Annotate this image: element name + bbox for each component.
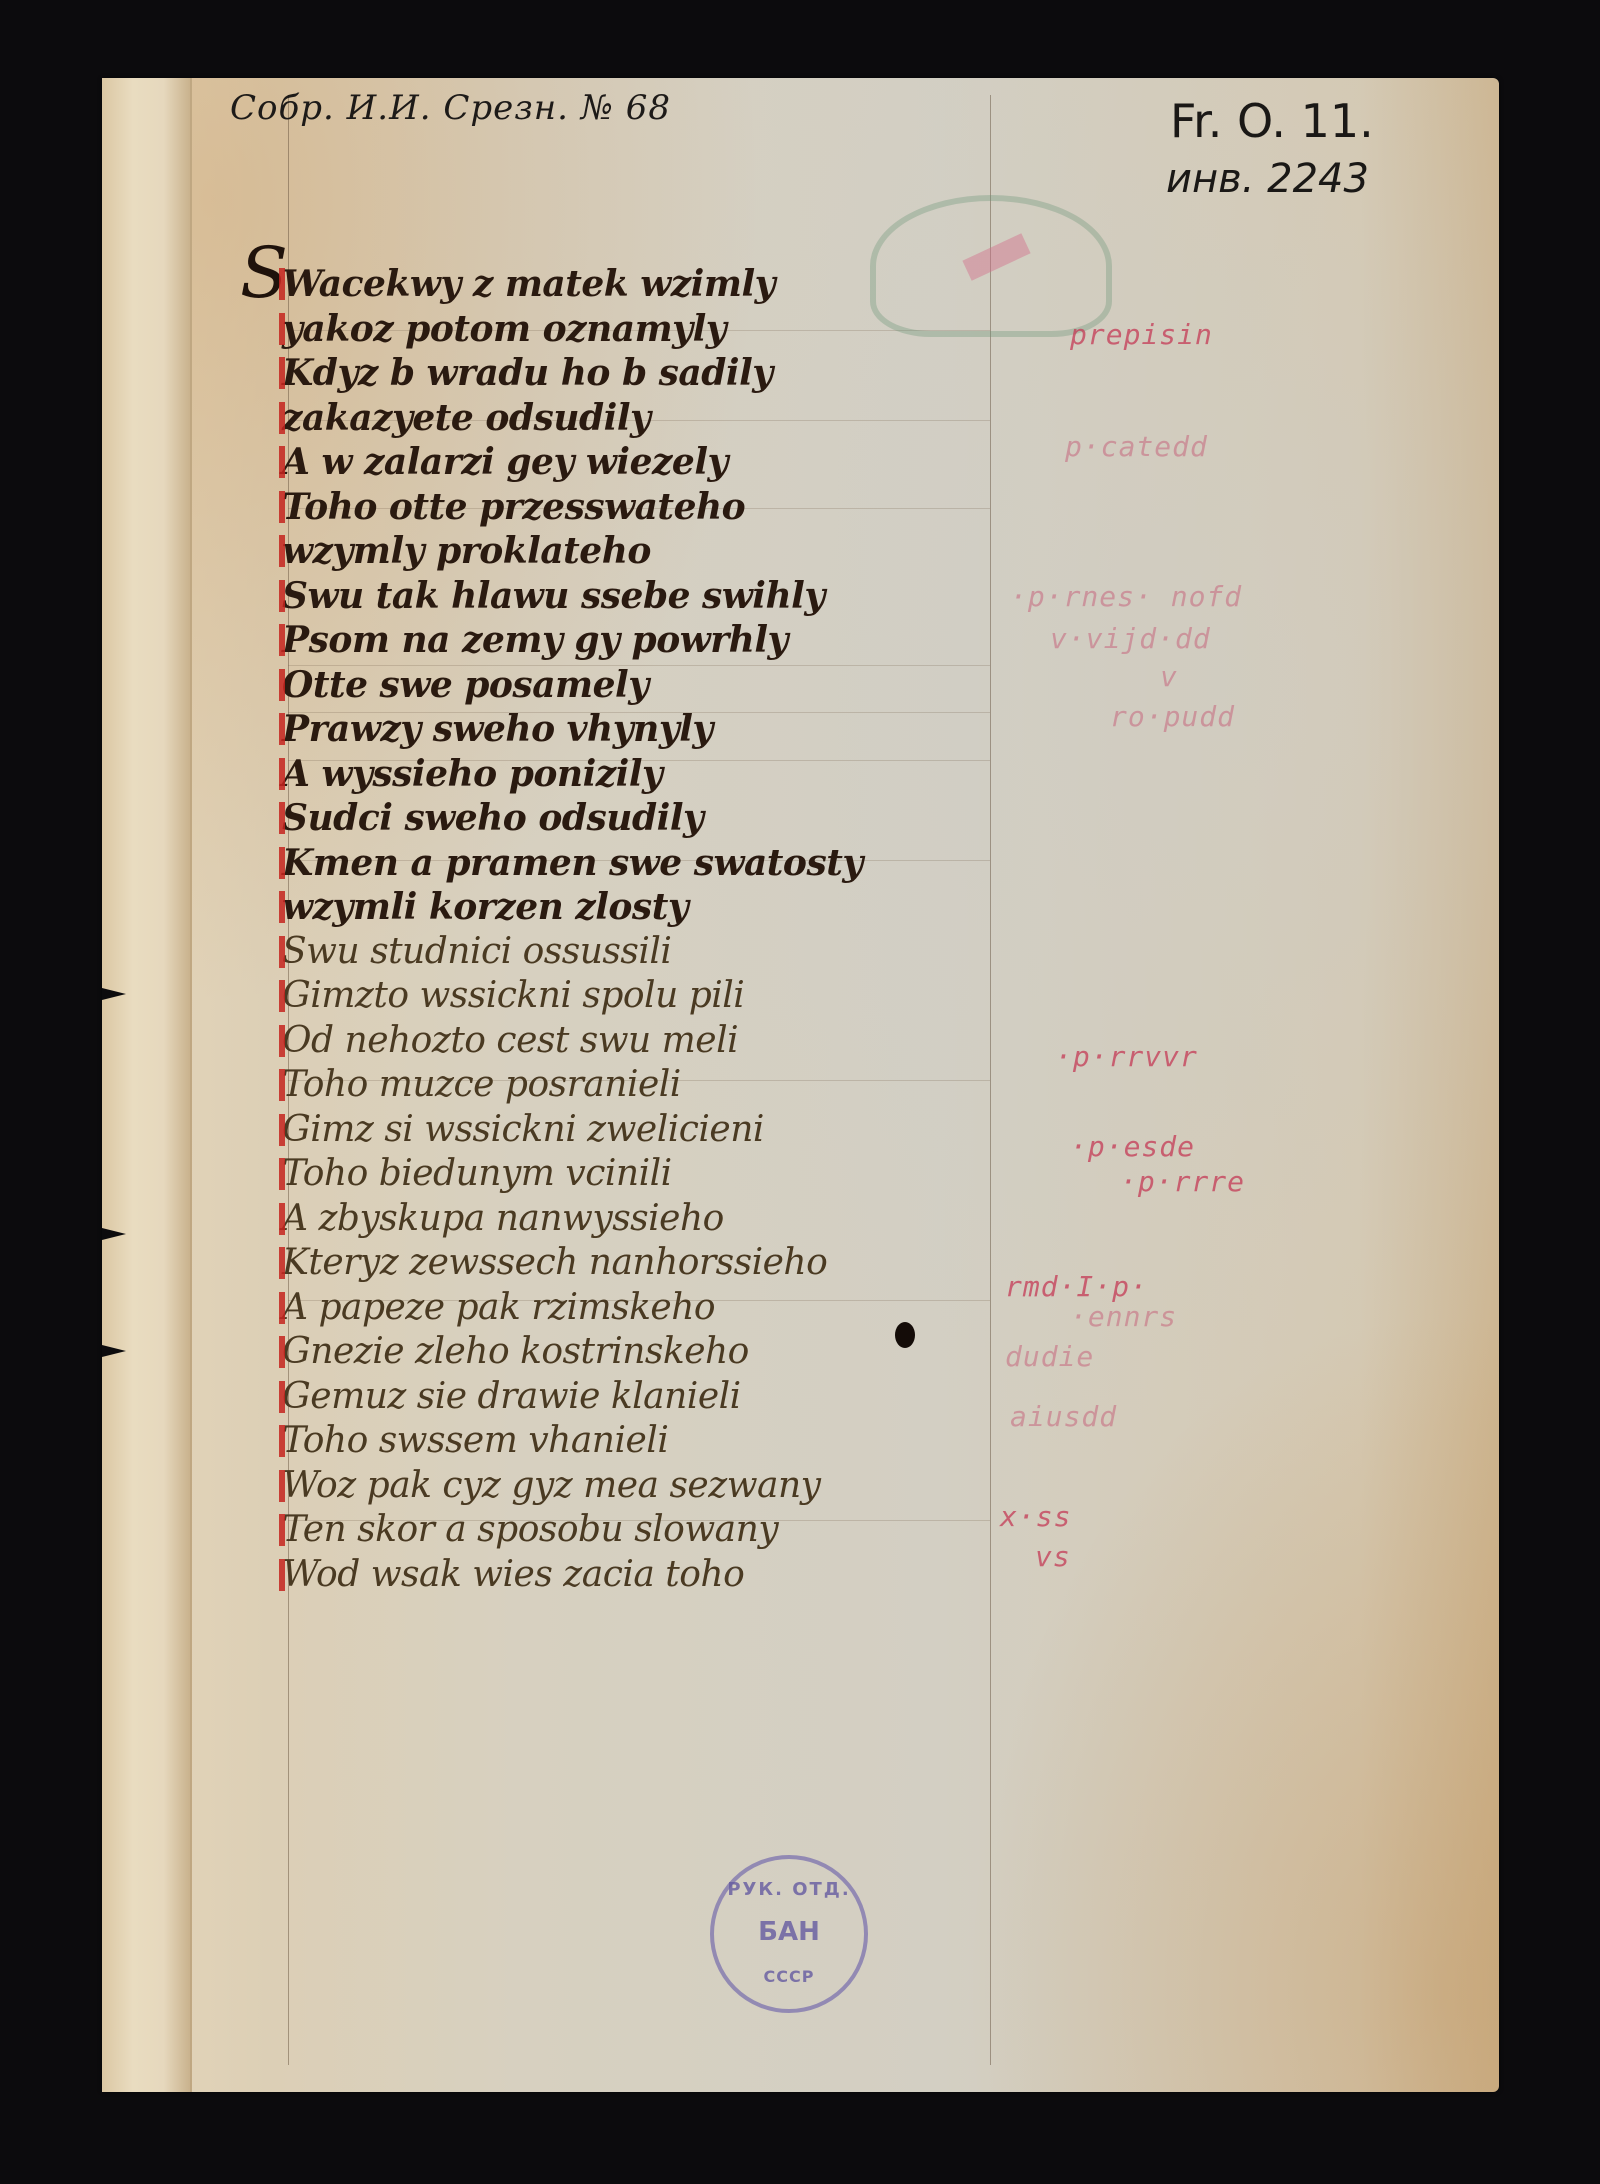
marginal-note: ·p·rrre bbox=[1120, 1165, 1245, 1198]
rubric-stroke bbox=[279, 1247, 285, 1279]
verse-line: yakoz potom oznamyly bbox=[282, 307, 1042, 352]
verse-line: wzymly proklateho bbox=[282, 529, 1042, 574]
verse-line: Gnezie zleho kostrinskeho bbox=[282, 1330, 1042, 1375]
verse-line: Kdyz b wradu ho b sadily bbox=[282, 351, 1042, 396]
rubric-stroke bbox=[279, 980, 285, 1012]
verse-line: Toho swssem vhanieli bbox=[282, 1419, 1042, 1464]
verse-line: Psom na zemy gy powrhly bbox=[282, 618, 1042, 663]
verse-line: Toho biedunym vcinili bbox=[282, 1152, 1042, 1197]
verse-line: Gimzto wssickni spolu pili bbox=[282, 974, 1042, 1019]
verse-line: Swu studnici ossussili bbox=[282, 930, 1042, 975]
rubric-stroke bbox=[279, 268, 285, 300]
verse-line: A w zalarzi gey wiezely bbox=[282, 440, 1042, 485]
rubric-stroke bbox=[279, 1114, 285, 1146]
rubric-stroke bbox=[279, 491, 285, 523]
rubric-stroke bbox=[279, 847, 285, 879]
rubric-stroke bbox=[279, 1514, 285, 1546]
ink-blot bbox=[895, 1322, 915, 1348]
marginal-note: ·p·esde bbox=[1070, 1130, 1195, 1163]
rubric-stroke bbox=[279, 446, 285, 478]
marginal-note: p·catedd bbox=[1065, 430, 1208, 463]
verse-line: Sudci sweho odsudily bbox=[282, 796, 1042, 841]
marginal-note: v·vijd·dd bbox=[1050, 622, 1211, 655]
stamp-bottom-text: СССР bbox=[714, 1967, 864, 1986]
rubric-stroke bbox=[279, 580, 285, 612]
rubric-stroke bbox=[279, 1559, 285, 1591]
rubric-stroke bbox=[279, 624, 285, 656]
verse-line: A zbyskupa nanwyssieho bbox=[282, 1197, 1042, 1242]
marginal-note: prepisin bbox=[1070, 318, 1213, 351]
rubric-stroke bbox=[279, 1025, 285, 1057]
library-stamp: РУК. ОТД. БАН СССР bbox=[710, 1855, 868, 2013]
verse-line: Kteryz zewssech nanhorssieho bbox=[282, 1241, 1042, 1286]
verse-line: A papeze pak rzimskeho bbox=[282, 1286, 1042, 1331]
marginal-note: vs bbox=[1035, 1540, 1071, 1573]
marginal-note: ro·pudd bbox=[1110, 700, 1235, 733]
verse-line: Prawzy sweho vhynyly bbox=[282, 707, 1042, 752]
marginal-note: rmd·I·p· bbox=[1005, 1270, 1148, 1303]
rubric-stroke bbox=[279, 1292, 285, 1324]
rubric-stroke bbox=[279, 1158, 285, 1190]
verse-line: Ten skor a sposobu slowany bbox=[282, 1508, 1042, 1553]
shelfmark: Fr. O. 11. инв. 2243 bbox=[1170, 92, 1374, 208]
rubric-stroke bbox=[279, 1336, 285, 1368]
verse-line: Toho muzce posranieli bbox=[282, 1063, 1042, 1108]
verse-line: zakazyete odsudily bbox=[282, 396, 1042, 441]
verse-line: A wyssieho ponizily bbox=[282, 752, 1042, 797]
marginal-note: ·ennrs bbox=[1070, 1300, 1177, 1333]
marginal-note: v bbox=[1160, 660, 1178, 693]
verse-column: Wacekwy z matek wzimly yakoz potom oznam… bbox=[282, 262, 1042, 1597]
rubric-stroke bbox=[279, 713, 285, 745]
shelfmark-code: Fr. O. 11. bbox=[1170, 92, 1374, 150]
verse-line: wzymli korzen zlosty bbox=[282, 885, 1042, 930]
binding-stub bbox=[102, 78, 192, 2092]
marginal-note: aiusdd bbox=[1010, 1400, 1117, 1433]
verse-line: Swu tak hlawu ssebe swihly bbox=[282, 574, 1042, 619]
edge-notch bbox=[102, 988, 126, 1000]
verse-line: Woz pak cyz gyz mea sezwany bbox=[282, 1464, 1042, 1509]
verse-line: Gimz si wssickni zwelicieni bbox=[282, 1108, 1042, 1153]
verse-line: Wacekwy z matek wzimly bbox=[282, 262, 1042, 307]
verse-line: Toho otte przesswateho bbox=[282, 485, 1042, 530]
inventory-number: инв. 2243 bbox=[1166, 150, 1374, 208]
rubric-stroke bbox=[279, 402, 285, 434]
rubric-stroke bbox=[279, 669, 285, 701]
verse-line: Wod wsak wies zacia toho bbox=[282, 1553, 1042, 1598]
marginal-note: ·p·rrvvr bbox=[1055, 1040, 1198, 1073]
rubric-stroke bbox=[279, 936, 285, 968]
rubric-stroke bbox=[279, 802, 285, 834]
rubric-stroke bbox=[279, 535, 285, 567]
rubric-stroke bbox=[279, 1470, 285, 1502]
rubric-stroke bbox=[279, 313, 285, 345]
verse-line: Kmen a pramen swe swatosty bbox=[282, 841, 1042, 886]
marginal-note: dudie bbox=[1005, 1340, 1094, 1373]
marginal-note: x·ss bbox=[1000, 1500, 1071, 1533]
marginal-note: ·p·rnes· nofd bbox=[1010, 580, 1242, 613]
rubric-stroke bbox=[279, 758, 285, 790]
verse-line: Otte swe posamely bbox=[282, 663, 1042, 708]
collection-note: Собр. И.И. Срезн. № 68 bbox=[230, 88, 671, 128]
rubric-stroke bbox=[279, 357, 285, 389]
stamp-top-text: РУК. ОТД. bbox=[714, 1879, 864, 1900]
stamp-middle-text: БАН bbox=[714, 1917, 864, 1947]
rubric-stroke bbox=[279, 891, 285, 923]
verse-line: Od nehozto cest swu meli bbox=[282, 1019, 1042, 1064]
verse-line: Gemuz sie drawie klanieli bbox=[282, 1375, 1042, 1420]
rubric-stroke bbox=[279, 1069, 285, 1101]
rubric-stroke bbox=[279, 1381, 285, 1413]
edge-notch bbox=[102, 1345, 126, 1357]
rubric-stroke bbox=[279, 1425, 285, 1457]
edge-notch bbox=[102, 1228, 126, 1240]
rubric-stroke bbox=[279, 1203, 285, 1235]
